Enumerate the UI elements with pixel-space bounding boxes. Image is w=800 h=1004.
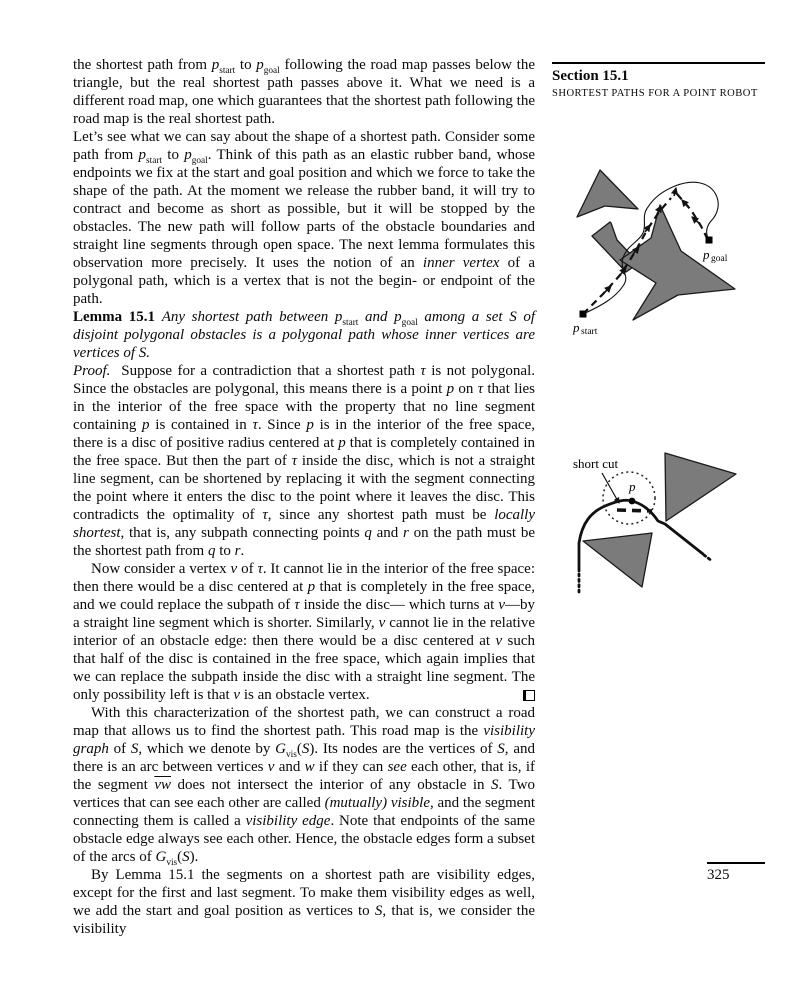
short-cut-leader-line [602, 473, 619, 503]
paragraph-visibility-graph: With this characterization of the shorte… [73, 704, 535, 866]
proof-paragraph-1: Proof. Suppose for a contradiction that … [73, 362, 535, 560]
obstacle-dart [577, 170, 638, 217]
page-number-rule [707, 862, 765, 864]
figure-short-cut: p short cut [555, 440, 800, 630]
sidebar-header: Section 15.1 SHORTEST PATHS FOR A POINT … [552, 67, 766, 100]
paragraph-by-lemma: By Lemma 15.1 the segments on a shortest… [73, 866, 535, 938]
goal-label: p [702, 247, 710, 262]
start-label: p [572, 320, 580, 335]
short-cut-label: short cut [573, 456, 619, 471]
sidebar-rule [552, 62, 765, 64]
obstacle-triangle-top [665, 453, 736, 521]
figure-rubber-band-path: p start p goal [553, 148, 793, 348]
qed-symbol [523, 690, 535, 701]
short-cut-diagram: p short cut [555, 440, 800, 625]
obstacle-triangle-bottom [583, 533, 652, 587]
proof-paragraph-2: Now consider a vertex v of τ. It cannot … [73, 560, 535, 704]
book-page: the shortest path from pstart to pgoal f… [0, 0, 800, 1004]
lemma-15-1: Lemma 15.1 Any shortest path between pst… [73, 308, 535, 362]
point-p-marker [629, 498, 636, 505]
paragraph-rubber-band: Let’s see what we can say about the shap… [73, 128, 535, 308]
paragraph-intro: the shortest path from pstart to pgoal f… [73, 56, 535, 128]
point-p-label: p [628, 479, 636, 494]
section-number: Section 15.1 [552, 67, 766, 86]
start-point-marker [580, 311, 587, 318]
goal-point-marker [706, 237, 713, 244]
main-text-column: the shortest path from pstart to pgoal f… [73, 56, 535, 938]
rubber-band-diagram: p start p goal [553, 148, 793, 343]
start-label-sub: start [581, 327, 598, 337]
path-tau-dotted-tail-right [704, 555, 712, 561]
section-title: SHORTEST PATHS FOR A POINT ROBOT [552, 87, 766, 100]
page-number: 325 [707, 867, 730, 884]
goal-label-sub: goal [711, 254, 728, 264]
